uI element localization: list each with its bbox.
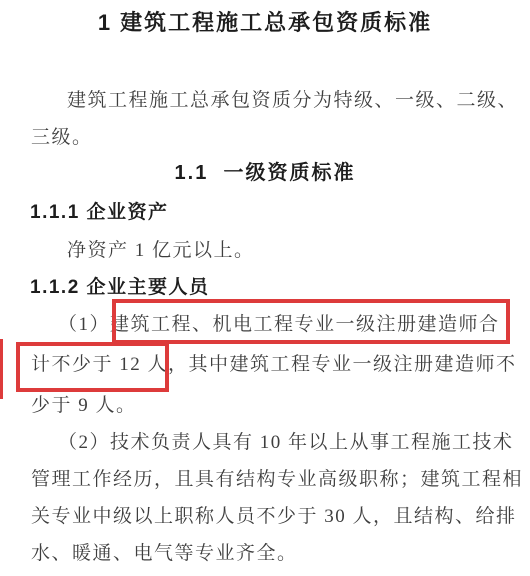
subsection-personnel-heading: 1.1.2 企业主要人员	[30, 276, 210, 299]
personnel-item1-line1-prefix: （1）	[58, 314, 110, 335]
personnel-item1-line2: 计不少于 12 人，其中建筑工程专业一级注册建造师不	[31, 353, 517, 376]
intro-line-1: 建筑工程施工总承包资质分为特级、一级、二级、	[67, 89, 518, 112]
section-heading: 1.1 一级资质标准	[0, 162, 530, 185]
personnel-item1-line1-highlighted-text: 建筑工程、机电工程专业一级注册建造师合	[110, 314, 500, 335]
personnel-item1-line2-rest: 其中建筑工程专业一级注册建造师不	[189, 354, 517, 375]
highlight-box-edge-fragment	[0, 339, 3, 399]
personnel-item2-line2: 管理工作经历，且具有结构专业高级职称；建筑工程相	[31, 468, 523, 491]
personnel-item2-line4: 水、暖通、电气等专业齐全。	[31, 542, 298, 565]
subsection-assets-heading: 1.1.1 企业资产	[30, 201, 169, 224]
personnel-item1-line2-highlighted-text: 计不少于 12 人，	[31, 354, 189, 375]
personnel-item1-line3: 少于 9 人。	[31, 394, 137, 417]
personnel-item2-line1: （2）技术负责人具有 10 年以上从事工程施工技术	[58, 431, 514, 454]
personnel-item1-line1: （1）建筑工程、机电工程专业一级注册建造师合	[58, 313, 500, 336]
document-page: 1 建筑工程施工总承包资质标准 建筑工程施工总承包资质分为特级、一级、二级、 三…	[0, 0, 530, 576]
document-title: 1 建筑工程施工总承包资质标准	[0, 11, 530, 34]
personnel-item2-line3: 关专业中级以上职称人员不少于 30 人，且结构、给排	[31, 505, 517, 528]
intro-line-2: 三级。	[31, 126, 93, 149]
subsection-assets-body: 净资产 1 亿元以上。	[67, 239, 255, 262]
